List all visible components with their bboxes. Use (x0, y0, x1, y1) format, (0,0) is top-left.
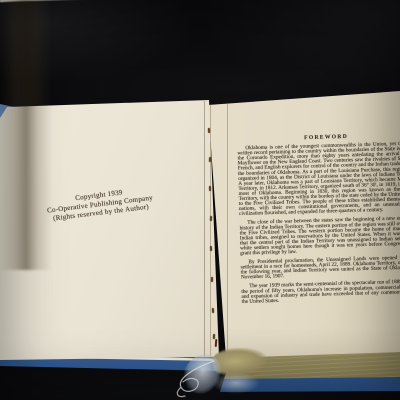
book-photo: Copyright 1939 Co-Operative Publishing C… (0, 0, 400, 400)
photo-vignette (0, 0, 400, 400)
